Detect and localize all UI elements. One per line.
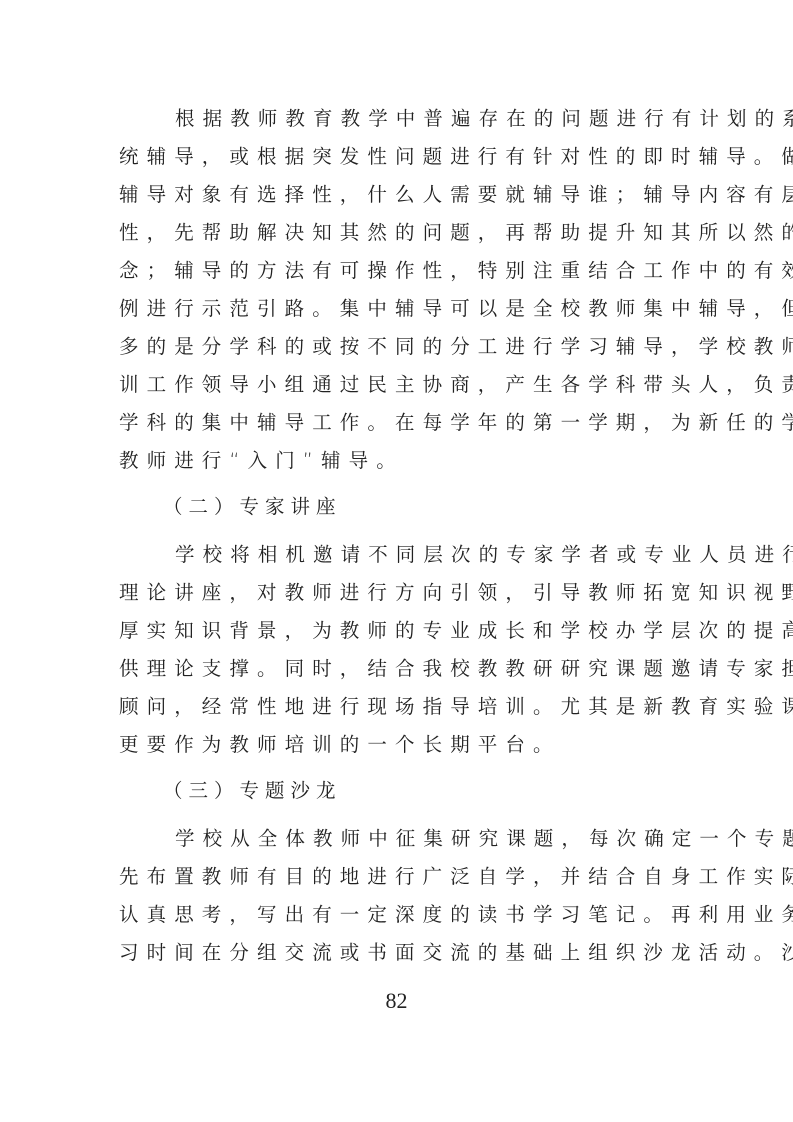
paragraph-line: 理论讲座，对教师进行方向引领，引导教师拓宽知识视野， — [119, 574, 675, 612]
paragraph-line: 例进行示范引路。集中辅导可以是全校教师集中辅导，但更 — [119, 290, 675, 328]
paragraph-line: 辅导对象有选择性，什么人需要就辅导谁；辅导内容有层次 — [119, 176, 675, 214]
paragraph-topic-salon: 学校从全体教师中征集研究课题，每次确定一个专题， 先布置教师有目的地进行广泛自学… — [119, 820, 675, 972]
paragraph-expert-lectures: 学校将相机邀请不同层次的专家学者或专业人员进行 理论讲座，对教师进行方向引领，引… — [119, 536, 675, 764]
section-heading-topic-salon: （三）专题沙龙 — [119, 768, 675, 814]
paragraph-line: 认真思考，写出有一定深度的读书学习笔记。再利用业务学 — [119, 896, 675, 934]
paragraph-line: 念；辅导的方法有可操作性，特别注重结合工作中的有效案 — [119, 252, 675, 290]
paragraph-line: 先布置教师有目的地进行广泛自学，并结合自身工作实际做 — [119, 858, 675, 896]
paragraph-line: 多的是分学科的或按不同的分工进行学习辅导，学校教师培 — [119, 328, 675, 366]
paragraph-line: 根据教师教育教学中普遍存在的问题进行有计划的系 — [119, 100, 675, 138]
paragraph-line: 性，先帮助解决知其然的问题，再帮助提升知其所以然的理 — [119, 214, 675, 252]
section-heading-expert-lectures: （二）专家讲座 — [119, 484, 675, 530]
paragraph-line: 厚实知识背景，为教师的专业成长和学校办学层次的提高提 — [119, 612, 675, 650]
paragraph-line: 学校从全体教师中征集研究课题，每次确定一个专题， — [119, 820, 675, 858]
page-number: 82 — [0, 988, 793, 1014]
paragraph-line: 更要作为教师培训的一个长期平台。 — [119, 726, 675, 764]
paragraph-line: 训工作领导小组通过民主协商，产生各学科带头人，负责本 — [119, 366, 675, 404]
paragraph-line: 学校将相机邀请不同层次的专家学者或专业人员进行 — [119, 536, 675, 574]
paragraph-line: 教师进行“入门”辅导。 — [119, 442, 675, 480]
paragraph-line: 供理论支撑。同时，结合我校教教研研究课题邀请专家担任 — [119, 650, 675, 688]
paragraph-line: 习时间在分组交流或书面交流的基础上组织沙龙活动。沙龙 — [119, 934, 675, 972]
document-page: 根据教师教育教学中普遍存在的问题进行有计划的系 统辅导，或根据突发性问题进行有针… — [0, 0, 793, 1122]
paragraph-line: 学科的集中辅导工作。在每学年的第一学期，为新任的学科 — [119, 404, 675, 442]
page-body: 根据教师教育教学中普遍存在的问题进行有计划的系 统辅导，或根据突发性问题进行有针… — [119, 100, 675, 972]
paragraph-line: 顾问，经常性地进行现场指导培训。尤其是新教育实验课题， — [119, 688, 675, 726]
paragraph-group-counseling: 根据教师教育教学中普遍存在的问题进行有计划的系 统辅导，或根据突发性问题进行有针… — [119, 100, 675, 480]
paragraph-line: 统辅导，或根据突发性问题进行有针对性的即时辅导。做到 — [119, 138, 675, 176]
